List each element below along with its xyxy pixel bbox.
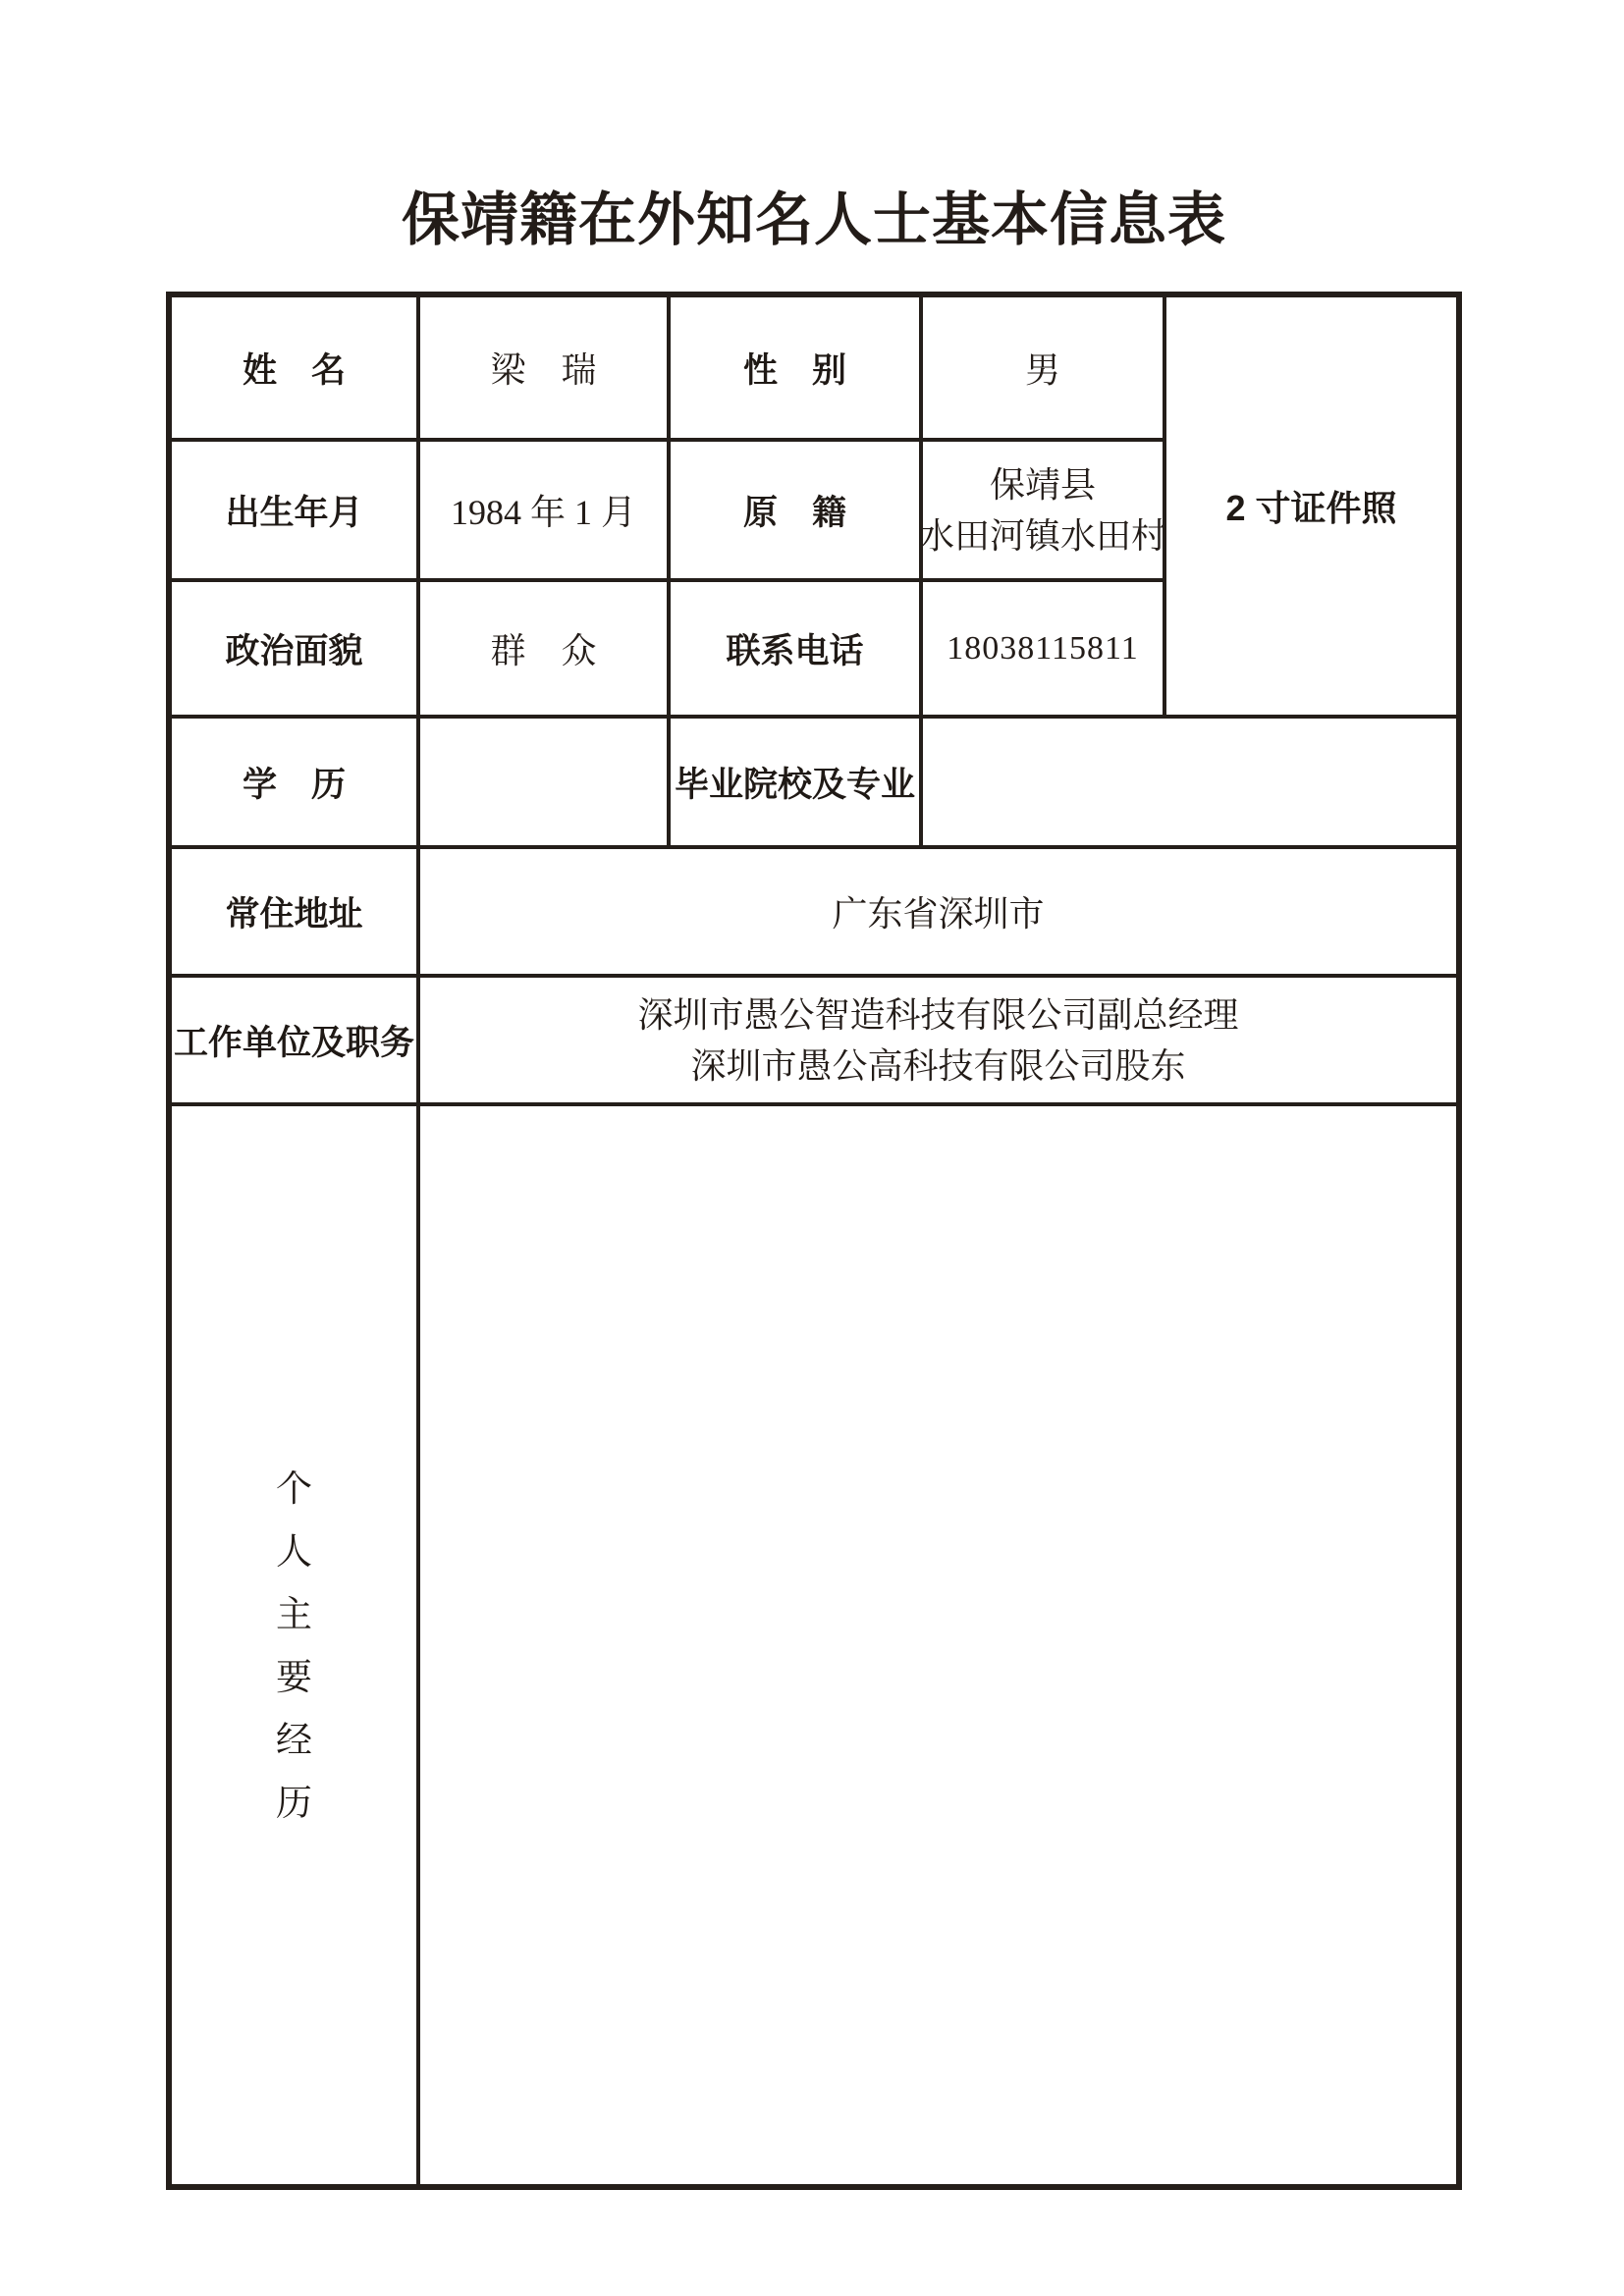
education-value-cell bbox=[420, 719, 671, 849]
political-status-label-cell: 政治面貌 bbox=[172, 582, 420, 719]
work-unit-line1: 深圳市愚公智造科技有限公司副总经理 bbox=[637, 989, 1238, 1041]
origin-label-cell: 原 籍 bbox=[671, 442, 923, 582]
origin-value-line1: 保靖县 bbox=[990, 459, 1096, 510]
name-label-cell: 姓 名 bbox=[172, 297, 420, 442]
work-unit-line2: 深圳市愚公高科技有限公司股东 bbox=[690, 1041, 1185, 1092]
education-label-cell: 学 历 bbox=[172, 719, 420, 849]
address-label-cell: 常住地址 bbox=[172, 849, 420, 978]
work-unit-label-cell: 工作单位及职务 bbox=[172, 978, 420, 1106]
info-form-table: 姓 名 梁 瑞 性 别 男 2 寸证件照 出生年月 1984 年 1 月 原 籍… bbox=[166, 292, 1462, 2190]
experience-char: 历 bbox=[276, 1785, 312, 1821]
experience-char: 个 bbox=[276, 1470, 312, 1507]
gender-label-cell: 性 别 bbox=[671, 297, 923, 442]
phone-value-cell: 18038115811 bbox=[923, 582, 1166, 719]
origin-value-cell: 保靖县 水田河镇水田村 bbox=[923, 442, 1166, 582]
personal-experience-value-cell bbox=[420, 1106, 1456, 2184]
school-major-value-cell bbox=[923, 719, 1456, 849]
birth-value-cell: 1984 年 1 月 bbox=[420, 442, 671, 582]
name-value-cell: 梁 瑞 bbox=[420, 297, 671, 442]
experience-char: 人 bbox=[276, 1533, 312, 1570]
birth-label-cell: 出生年月 bbox=[172, 442, 420, 582]
address-value-cell: 广东省深圳市 bbox=[420, 849, 1456, 978]
experience-char: 经 bbox=[276, 1722, 312, 1758]
school-major-label-cell: 毕业院校及专业 bbox=[671, 719, 923, 849]
work-unit-value-cell: 深圳市愚公智造科技有限公司副总经理 深圳市愚公高科技有限公司股东 bbox=[420, 978, 1456, 1106]
experience-char: 主 bbox=[276, 1596, 312, 1632]
gender-value-cell: 男 bbox=[923, 297, 1166, 442]
origin-value-line2: 水田河镇水田村 bbox=[923, 510, 1166, 561]
id-photo-placeholder-cell: 2 寸证件照 bbox=[1166, 297, 1456, 719]
page-title: 保靖籍在外知名人士基本信息表 bbox=[172, 188, 1456, 252]
political-status-value-cell: 群 众 bbox=[420, 582, 671, 719]
experience-char: 要 bbox=[276, 1659, 312, 1695]
personal-experience-label-cell: 个 人 主 要 经 历 bbox=[172, 1106, 420, 2184]
phone-label-cell: 联系电话 bbox=[671, 582, 923, 719]
